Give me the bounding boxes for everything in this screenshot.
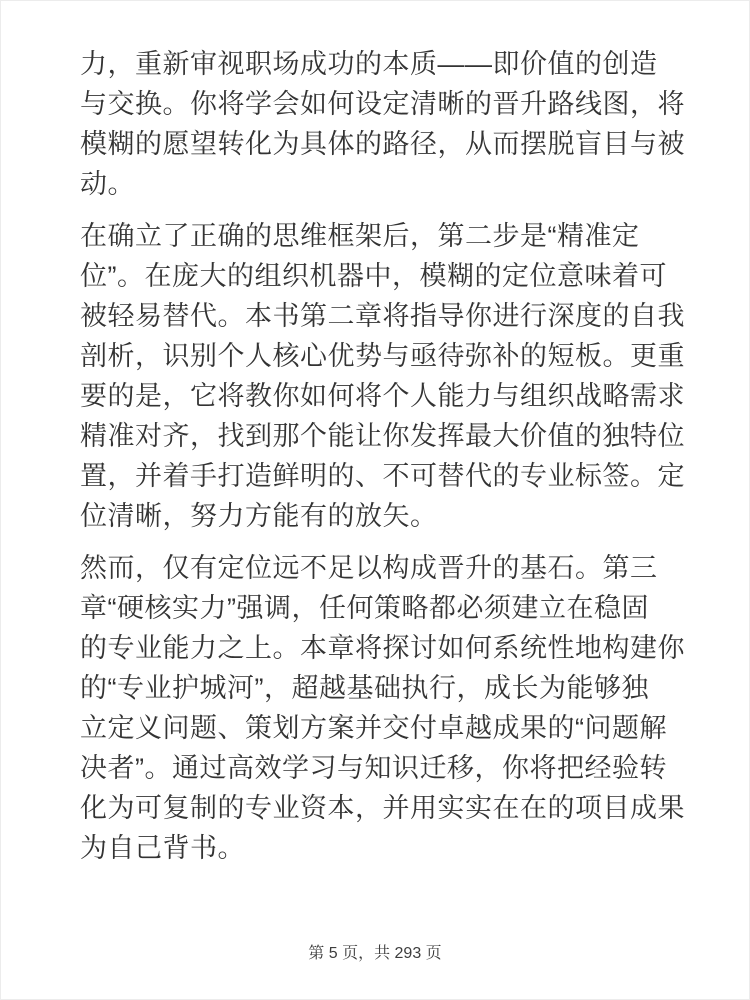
- body-paragraph-2: 在确立了正确的思维框架后，第二步是“精准定 位”。在庞大的组织机器中，模糊的定位…: [80, 216, 686, 536]
- page-number-footer: 第 5 页，共 293 页: [0, 942, 750, 966]
- body-paragraph-1: 力，重新审视职场成功的本质——即价值的创造 与交换。你将学会如何设定清晰的晋升路…: [80, 44, 686, 204]
- body-paragraph-3: 然而，仅有定位远不足以构成晋升的基石。第三 章“硬核实力”强调，任何策略都必须建…: [80, 548, 686, 868]
- document-page: 力，重新审视职场成功的本质——即价值的创造 与交换。你将学会如何设定清晰的晋升路…: [80, 44, 686, 880]
